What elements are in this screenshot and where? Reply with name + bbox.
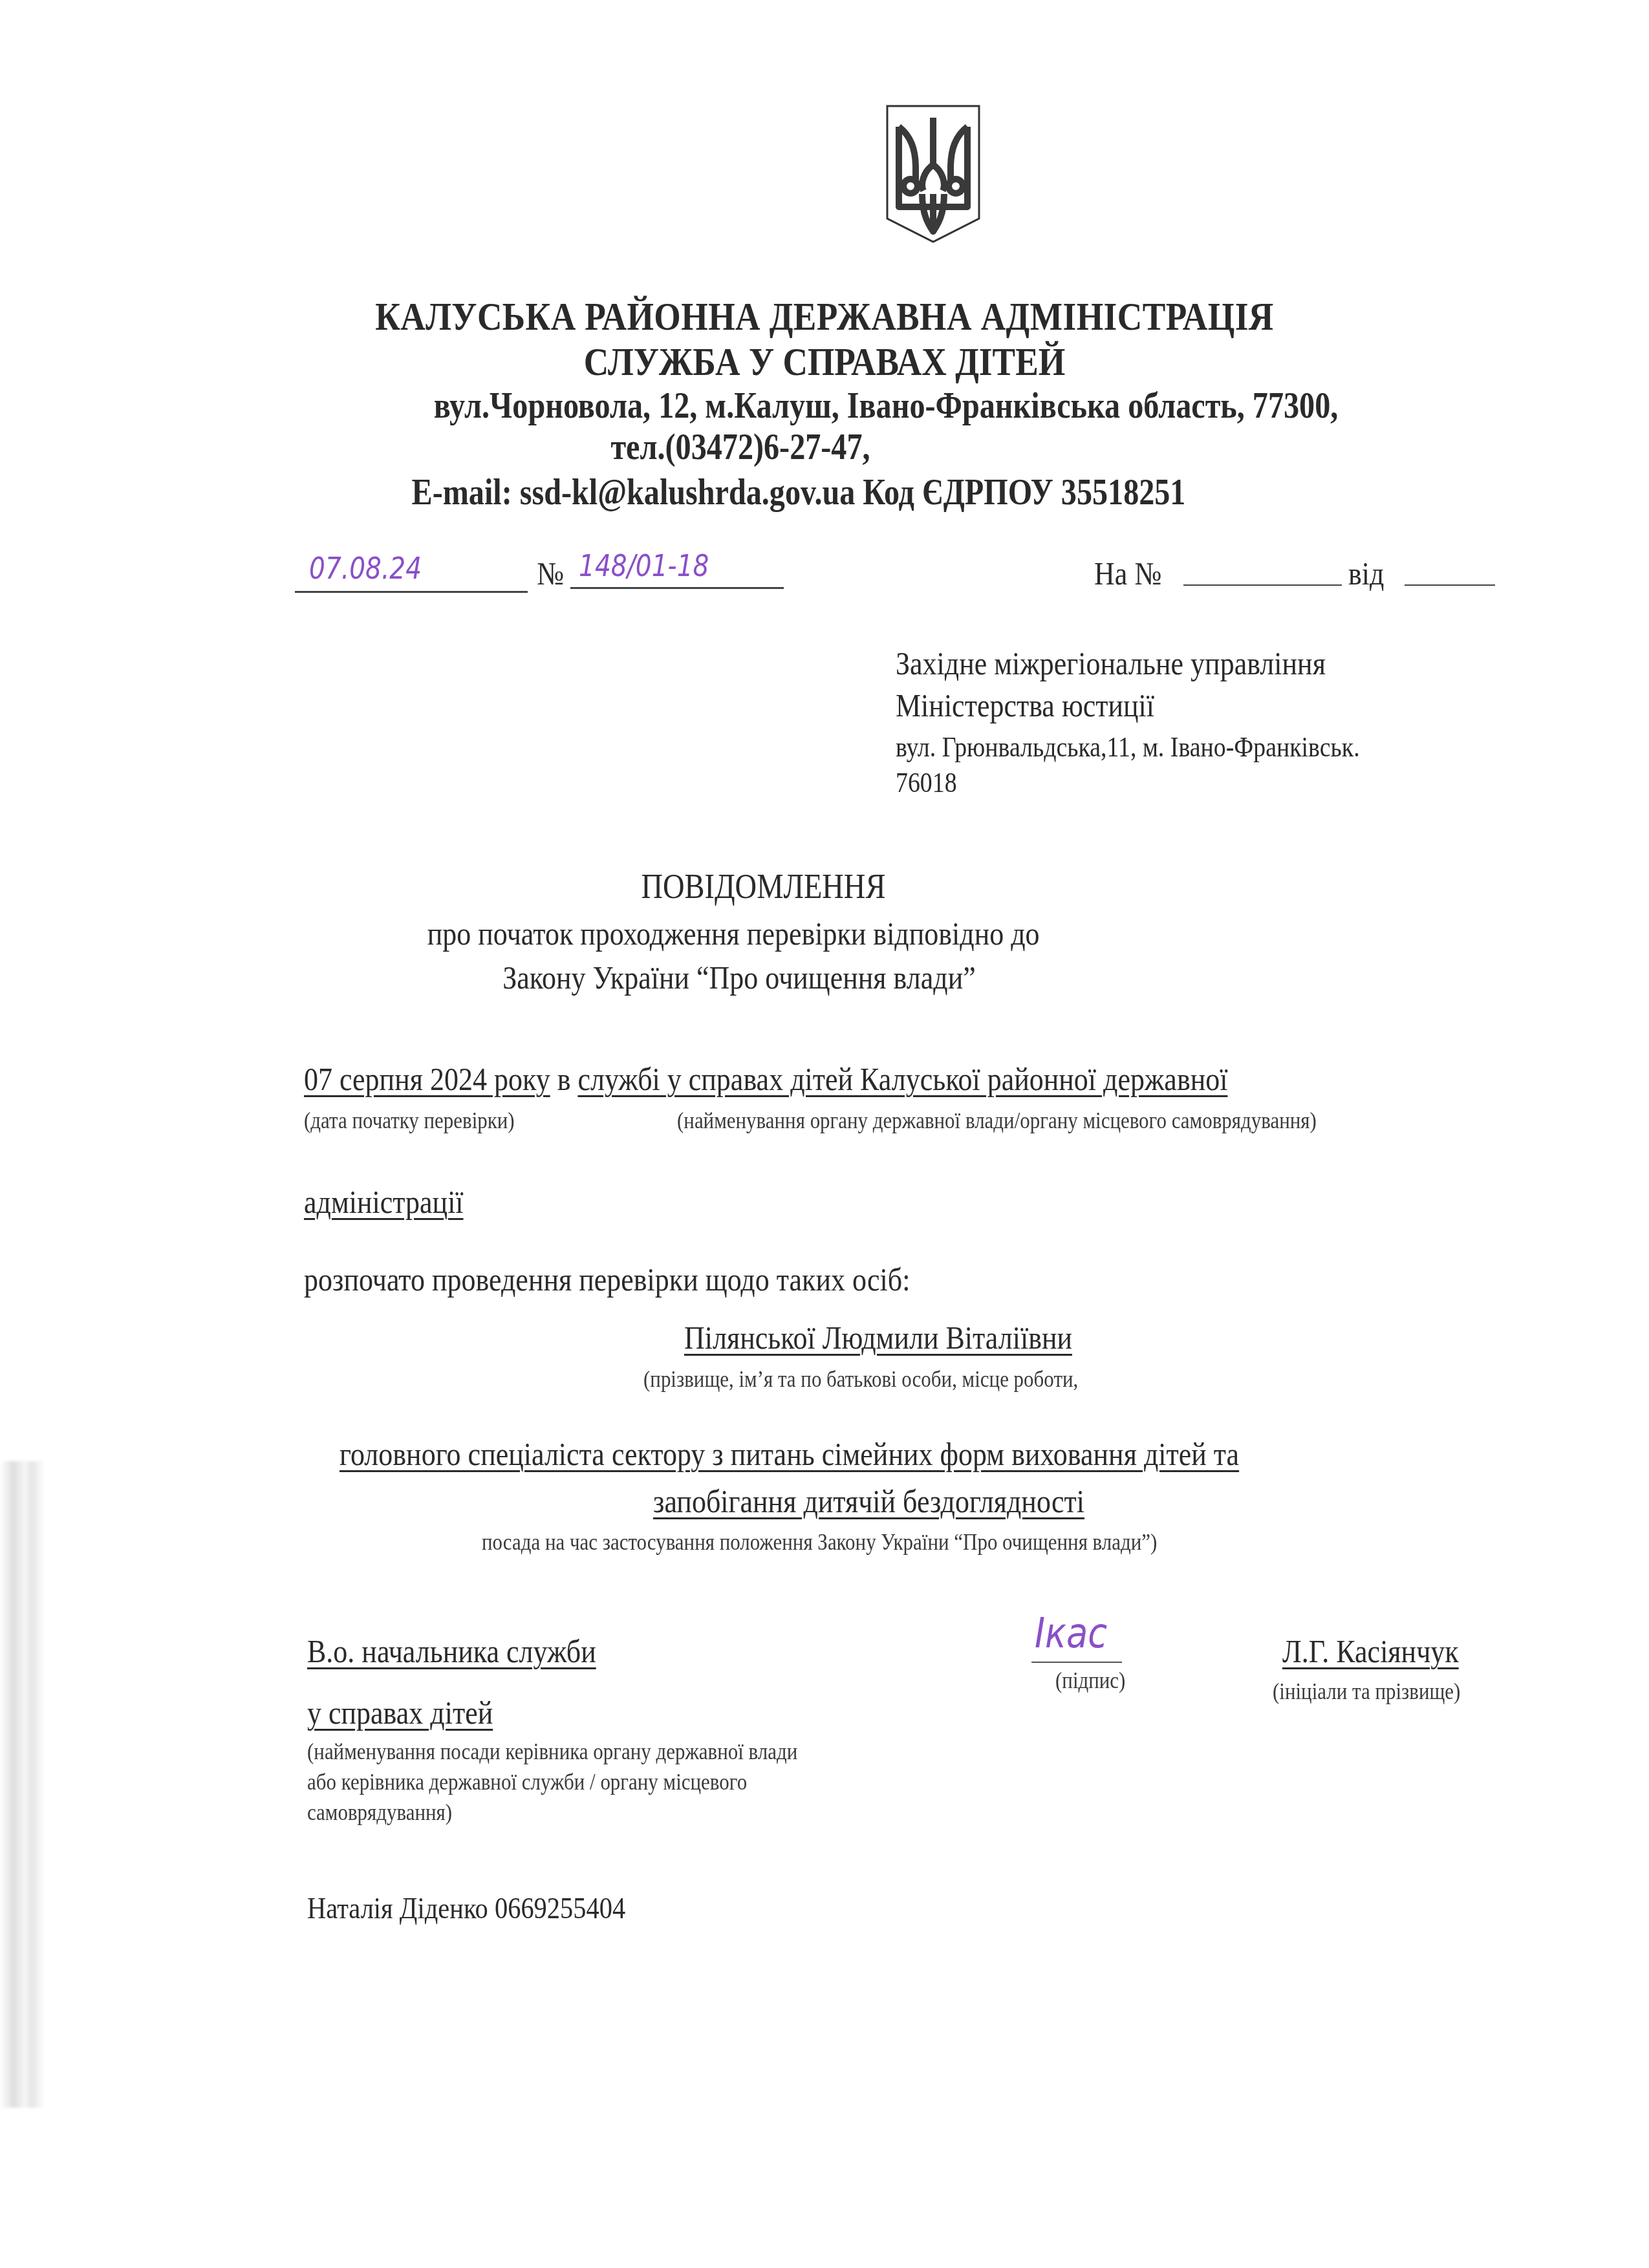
reply-to-label: На № (1094, 555, 1161, 592)
signature-line (1031, 1662, 1122, 1663)
check-date-caption: (дата початку перевірки) (304, 1107, 515, 1134)
signer-name: Л.Г. Касіянчук (1282, 1632, 1459, 1670)
org-name: КАЛУСЬКА РАЙОННА ДЕРЖАВНА АДМІНІСТРАЦІЯ (116, 294, 1534, 340)
reply-from-field (1405, 584, 1495, 586)
signer-position-line2: у справах дітей (307, 1694, 493, 1731)
document-subtitle-line2: Закону України “Про очищення влади” (14, 959, 1465, 996)
organ-caption: (найменування органу державної влади/орг… (677, 1107, 1317, 1134)
signer-position-line1: В.о. начальника служби (307, 1632, 596, 1670)
recipient-line1: Західне міжрегіональне управління (896, 643, 1326, 683)
document-heading: ПОВІДОМЛЕННЯ (54, 866, 1472, 906)
signature-caption: (підпис) (1055, 1667, 1125, 1694)
position-caption: посада на час застосування положення Зак… (482, 1528, 1157, 1556)
position-line1: головного спеціаліста сектору з питань с… (339, 1435, 1239, 1473)
scan-artifact (0, 1461, 45, 2108)
ukraine-coat-of-arms-icon (885, 103, 982, 244)
signer-position-caption-line3: самоврядування) (307, 1799, 452, 1826)
signer-position-caption-line1: (найменування посади керівника органу де… (307, 1738, 797, 1765)
date-underline (295, 591, 528, 593)
position-line2: запобігання дитячій бездоглядності (653, 1482, 1084, 1520)
outgoing-number-handwritten: 148/01-18 (579, 548, 709, 583)
reply-from-label: від (1348, 555, 1384, 592)
organ-value-line2: адміністрації (304, 1183, 464, 1221)
preposition: в (557, 1061, 571, 1097)
reply-to-field (1183, 584, 1342, 586)
org-address: вул.Чорновола, 12, м.Калуш, Івано-Франкі… (177, 385, 1595, 427)
recipient-line2: Міністерства юстиції (896, 685, 1154, 725)
number-underline (570, 587, 784, 589)
organ-value-line1: службі у справах дітей Калуської районно… (577, 1061, 1227, 1097)
document-subtitle-line1: про початок проходження перевірки відпов… (8, 915, 1459, 952)
person-name: Пілянської Людмили Віталіївни (684, 1319, 1072, 1356)
check-date-line: 07 серпня 2024 року в службі у справах д… (304, 1060, 1227, 1098)
recipient-address: вул. Грюнвальдська,11, м. Івано-Франківс… (896, 731, 1360, 764)
outgoing-date-handwritten: 07.08.24 (309, 551, 422, 586)
recipient-postcode: 76018 (896, 766, 957, 799)
number-sign: № (537, 555, 564, 592)
org-phone: тел.(03472)6-27-47, (32, 427, 1450, 468)
department-name: СЛУЖБА У СПРАВАХ ДІТЕЙ (116, 339, 1534, 385)
executor-contact: Наталія Діденко 0669255404 (307, 1891, 625, 1925)
signer-name-caption: (ініціали та прізвище) (1273, 1678, 1460, 1705)
person-caption: (прізвище, ім’я та по батькові особи, мі… (643, 1365, 1078, 1393)
handwritten-signature: Ікас (1035, 1610, 1107, 1658)
signer-position-caption-line2: або керівника державної служби / органу … (307, 1768, 747, 1795)
org-email-edrpou: E-mail: ssd-kl@kalushrda.gov.ua Код ЄДРП… (90, 472, 1508, 513)
check-date-value: 07 серпня 2024 року (304, 1061, 550, 1097)
check-started-text: розпочато проведення перевірки щодо таки… (304, 1261, 910, 1298)
